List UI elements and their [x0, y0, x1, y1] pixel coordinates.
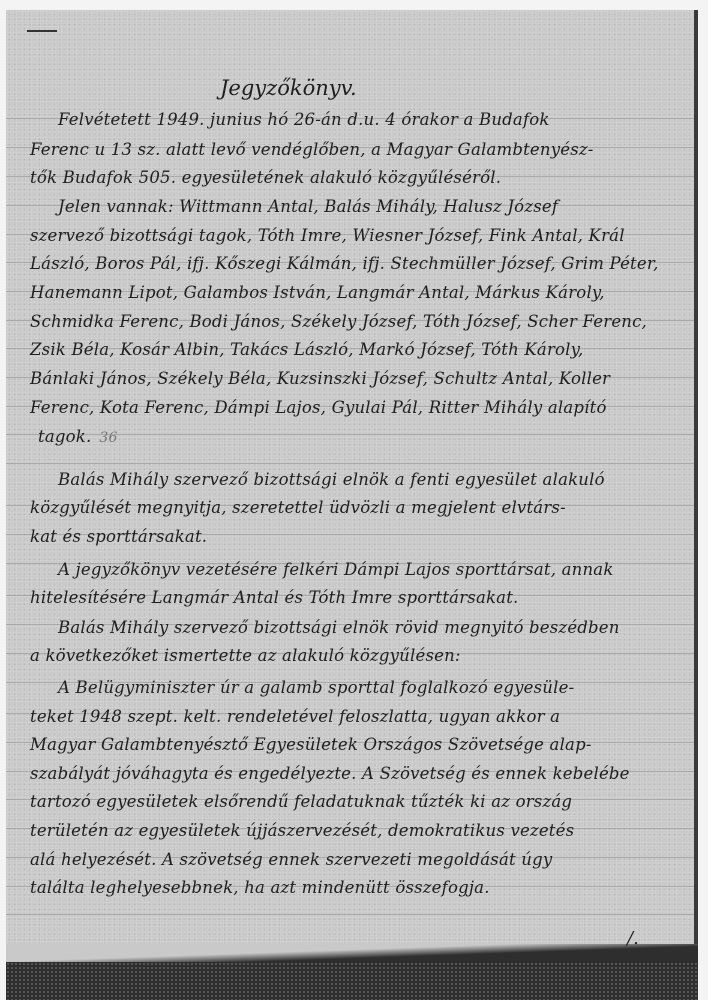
- ruled-line: [6, 914, 694, 915]
- text-line: Ferenc, Kota Ferenc, Dámpi Lajos, Gyulai…: [30, 398, 680, 418]
- page-marker-dash: [27, 30, 57, 32]
- text-line: területén az egyesületek újjászervezését…: [30, 821, 680, 841]
- text-line-content: tagok.: [38, 427, 91, 446]
- text-line: Hanemann Lipot, Galambos István, Langmár…: [30, 283, 680, 303]
- text-line: találta leghelyesebbnek, ha azt mindenüt…: [30, 878, 680, 898]
- page-edge-shadow: [694, 10, 698, 1000]
- text-line: A jegyzőkönyv vezetésére felkéri Dámpi L…: [58, 560, 708, 580]
- page-bottom-edge: [6, 944, 698, 964]
- text-line: szabályát jóváhagyta és engedélyezte. A …: [30, 764, 680, 784]
- text-line: Jelen vannak: Wittmann Antal, Balás Mihá…: [58, 197, 708, 217]
- text-line: Balás Mihály szervező bizottsági elnök r…: [58, 618, 708, 638]
- text-line: Ferenc u 13 sz. alatt levő vendéglőben, …: [30, 140, 680, 160]
- text-line: tők Budafok 505. egyesületének alakuló k…: [30, 168, 680, 188]
- text-line: A Belügyminiszter úr a galamb sporttal f…: [58, 678, 708, 698]
- text-line: kat és sporttársakat.: [30, 527, 680, 547]
- text-line: Magyar Galambtenyésztő Egyesületek Orszá…: [30, 735, 680, 755]
- text-line: közgyűlését megnyitja, szeretettel üdvöz…: [30, 498, 680, 518]
- text-line: teket 1948 szept. kelt. rendeletével fel…: [30, 707, 680, 727]
- text-line: tagok.36: [38, 427, 688, 448]
- text-line: tartozó egyesületek elsőrendű feladatukn…: [30, 792, 680, 812]
- scanner-background: [6, 962, 698, 1000]
- text-line: Zsik Béla, Kosár Albin, Takács László, M…: [30, 340, 680, 360]
- text-line: Balás Mihály szervező bizottsági elnök a…: [58, 470, 708, 490]
- text-line: Bánlaki János, Székely Béla, Kuzsinszki …: [30, 369, 680, 389]
- text-line: a következőket ismertette az alakuló köz…: [30, 646, 680, 666]
- text-line: Felvétetett 1949. junius hó 26-án d.u. 4…: [58, 110, 708, 130]
- continuation-mark: /.: [627, 928, 639, 949]
- text-line: Schmidka Ferenc, Bodi János, Székely Józ…: [30, 312, 680, 332]
- text-line: hitelesítésére Langmár Antal és Tóth Imr…: [30, 588, 680, 608]
- text-line: László, Boros Pál, ifj. Kőszegi Kálmán, …: [30, 254, 680, 274]
- ruled-line: [6, 463, 694, 464]
- text-line: szervező bizottsági tagok, Tóth Imre, Wi…: [30, 226, 680, 246]
- document-title: Jegyzőkönyv.: [220, 76, 357, 100]
- pencil-annotation: 36: [99, 430, 117, 446]
- text-line: alá helyezését. A szövetség ennek szerve…: [30, 850, 680, 870]
